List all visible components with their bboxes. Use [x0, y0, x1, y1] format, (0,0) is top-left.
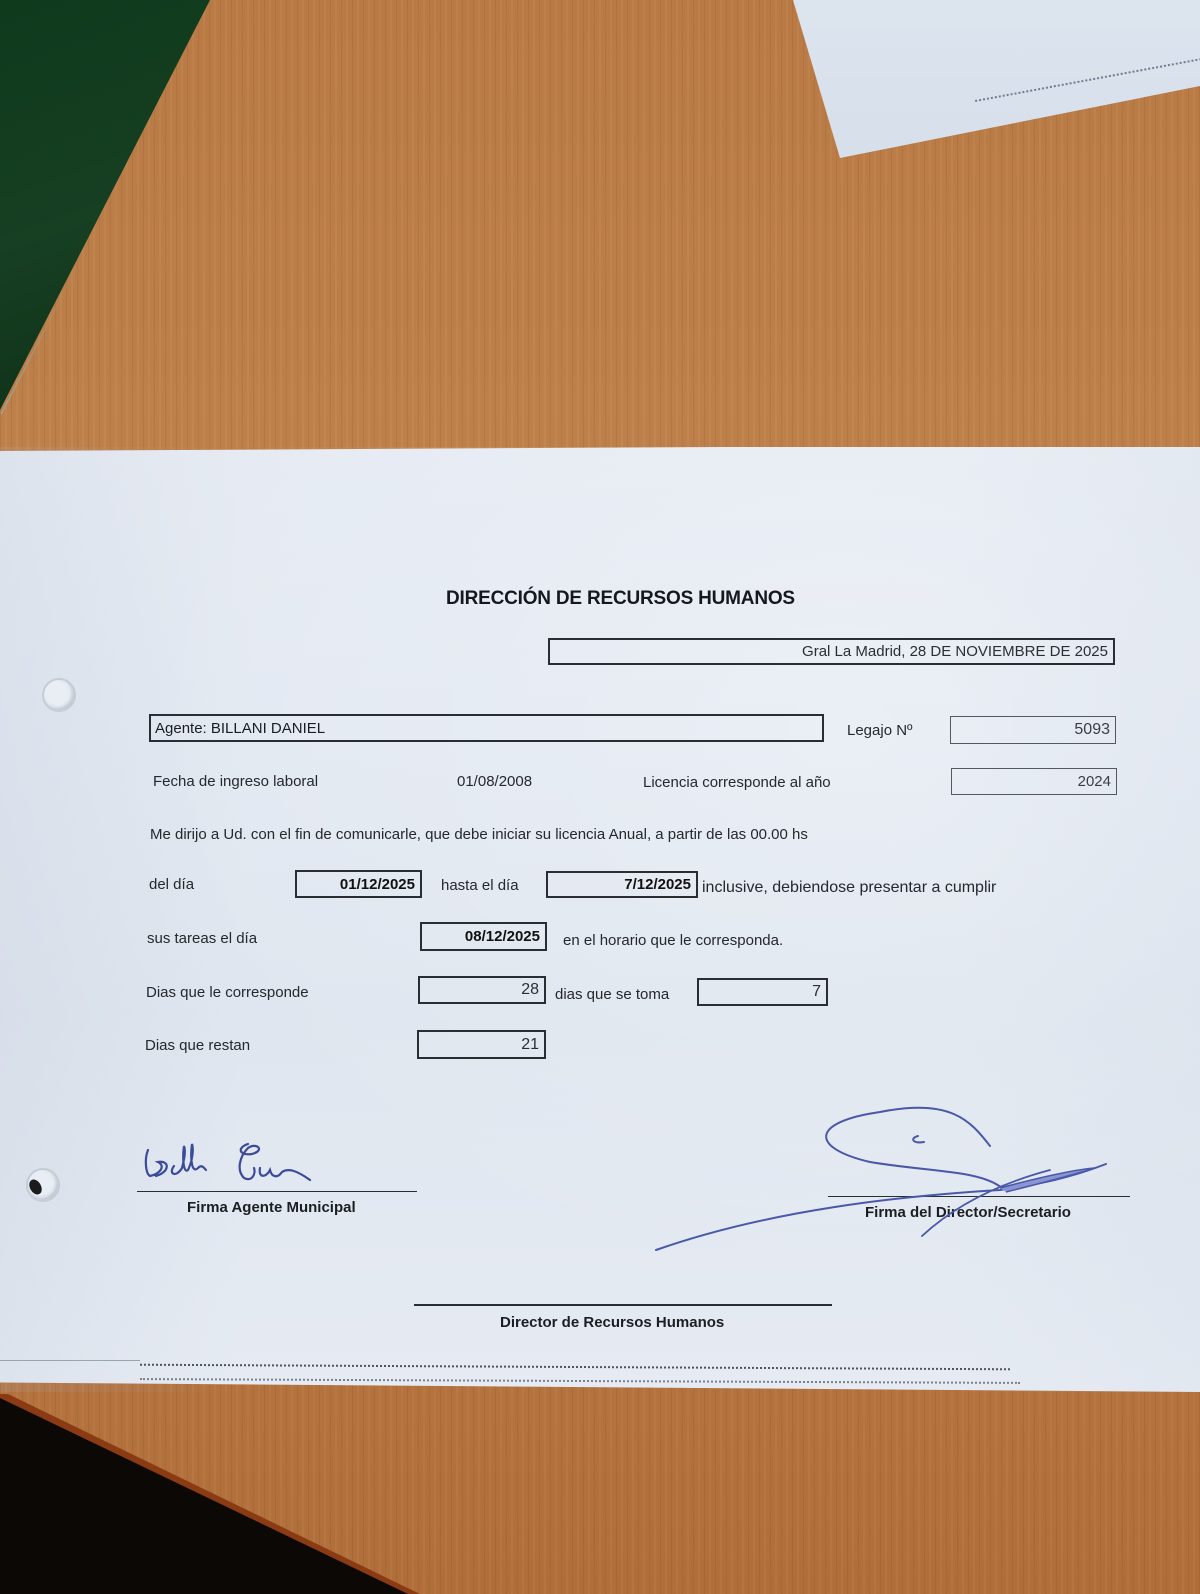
end-date-field: 7/12/2025 [546, 871, 698, 898]
agent-signature-line [137, 1191, 417, 1192]
agent-name-field: Agente: BILLANI DANIEL [149, 714, 824, 742]
legajo-label: Legajo Nº [847, 722, 913, 739]
page-title: DIRECCIÓN DE RECURSOS HUMANOS [446, 588, 795, 610]
return-date-field: 08/12/2025 [420, 922, 547, 951]
hr-director-signature-label: Director de Recursos Humanos [500, 1314, 724, 1331]
until-suffix-text: inclusive, debiendose presentar a cumpli… [702, 879, 996, 897]
days-entitled-label: Dias que le corresponde [146, 984, 309, 1001]
start-date-field: 01/12/2025 [295, 870, 422, 898]
place-date-field: Gral La Madrid, 28 DE NOVIEMBRE DE 2025 [548, 638, 1115, 665]
hire-date-label: Fecha de ingreso laboral [153, 773, 318, 790]
days-taken-label: dias que se toma [555, 986, 669, 1003]
legajo-field: 5093 [950, 716, 1116, 744]
days-remaining-field: 21 [417, 1030, 546, 1059]
body-intro-text: Me dirijo a Ud. con el fin de comunicarl… [150, 826, 808, 843]
days-remaining-label: Dias que restan [145, 1037, 250, 1054]
director-handwritten-signature [650, 1100, 1130, 1260]
hr-director-signature-line [414, 1304, 832, 1306]
until-label: hasta el día [441, 877, 519, 894]
days-entitled-field: 28 [418, 976, 546, 1004]
hire-date-value: 01/08/2008 [457, 773, 532, 790]
agent-handwritten-signature [140, 1138, 320, 1198]
return-suffix-text: en el horario que le corresponda. [563, 932, 783, 949]
return-label: sus tareas el día [147, 930, 257, 947]
license-notice-document: DIRECCIÓN DE RECURSOS HUMANOS Gral La Ma… [0, 0, 1200, 1594]
days-taken-field: 7 [697, 978, 828, 1006]
agent-signature-label: Firma Agente Municipal [187, 1199, 356, 1216]
license-year-label: Licencia corresponde al año [643, 774, 831, 791]
license-year-field: 2024 [951, 768, 1117, 795]
from-label: del día [149, 876, 194, 893]
